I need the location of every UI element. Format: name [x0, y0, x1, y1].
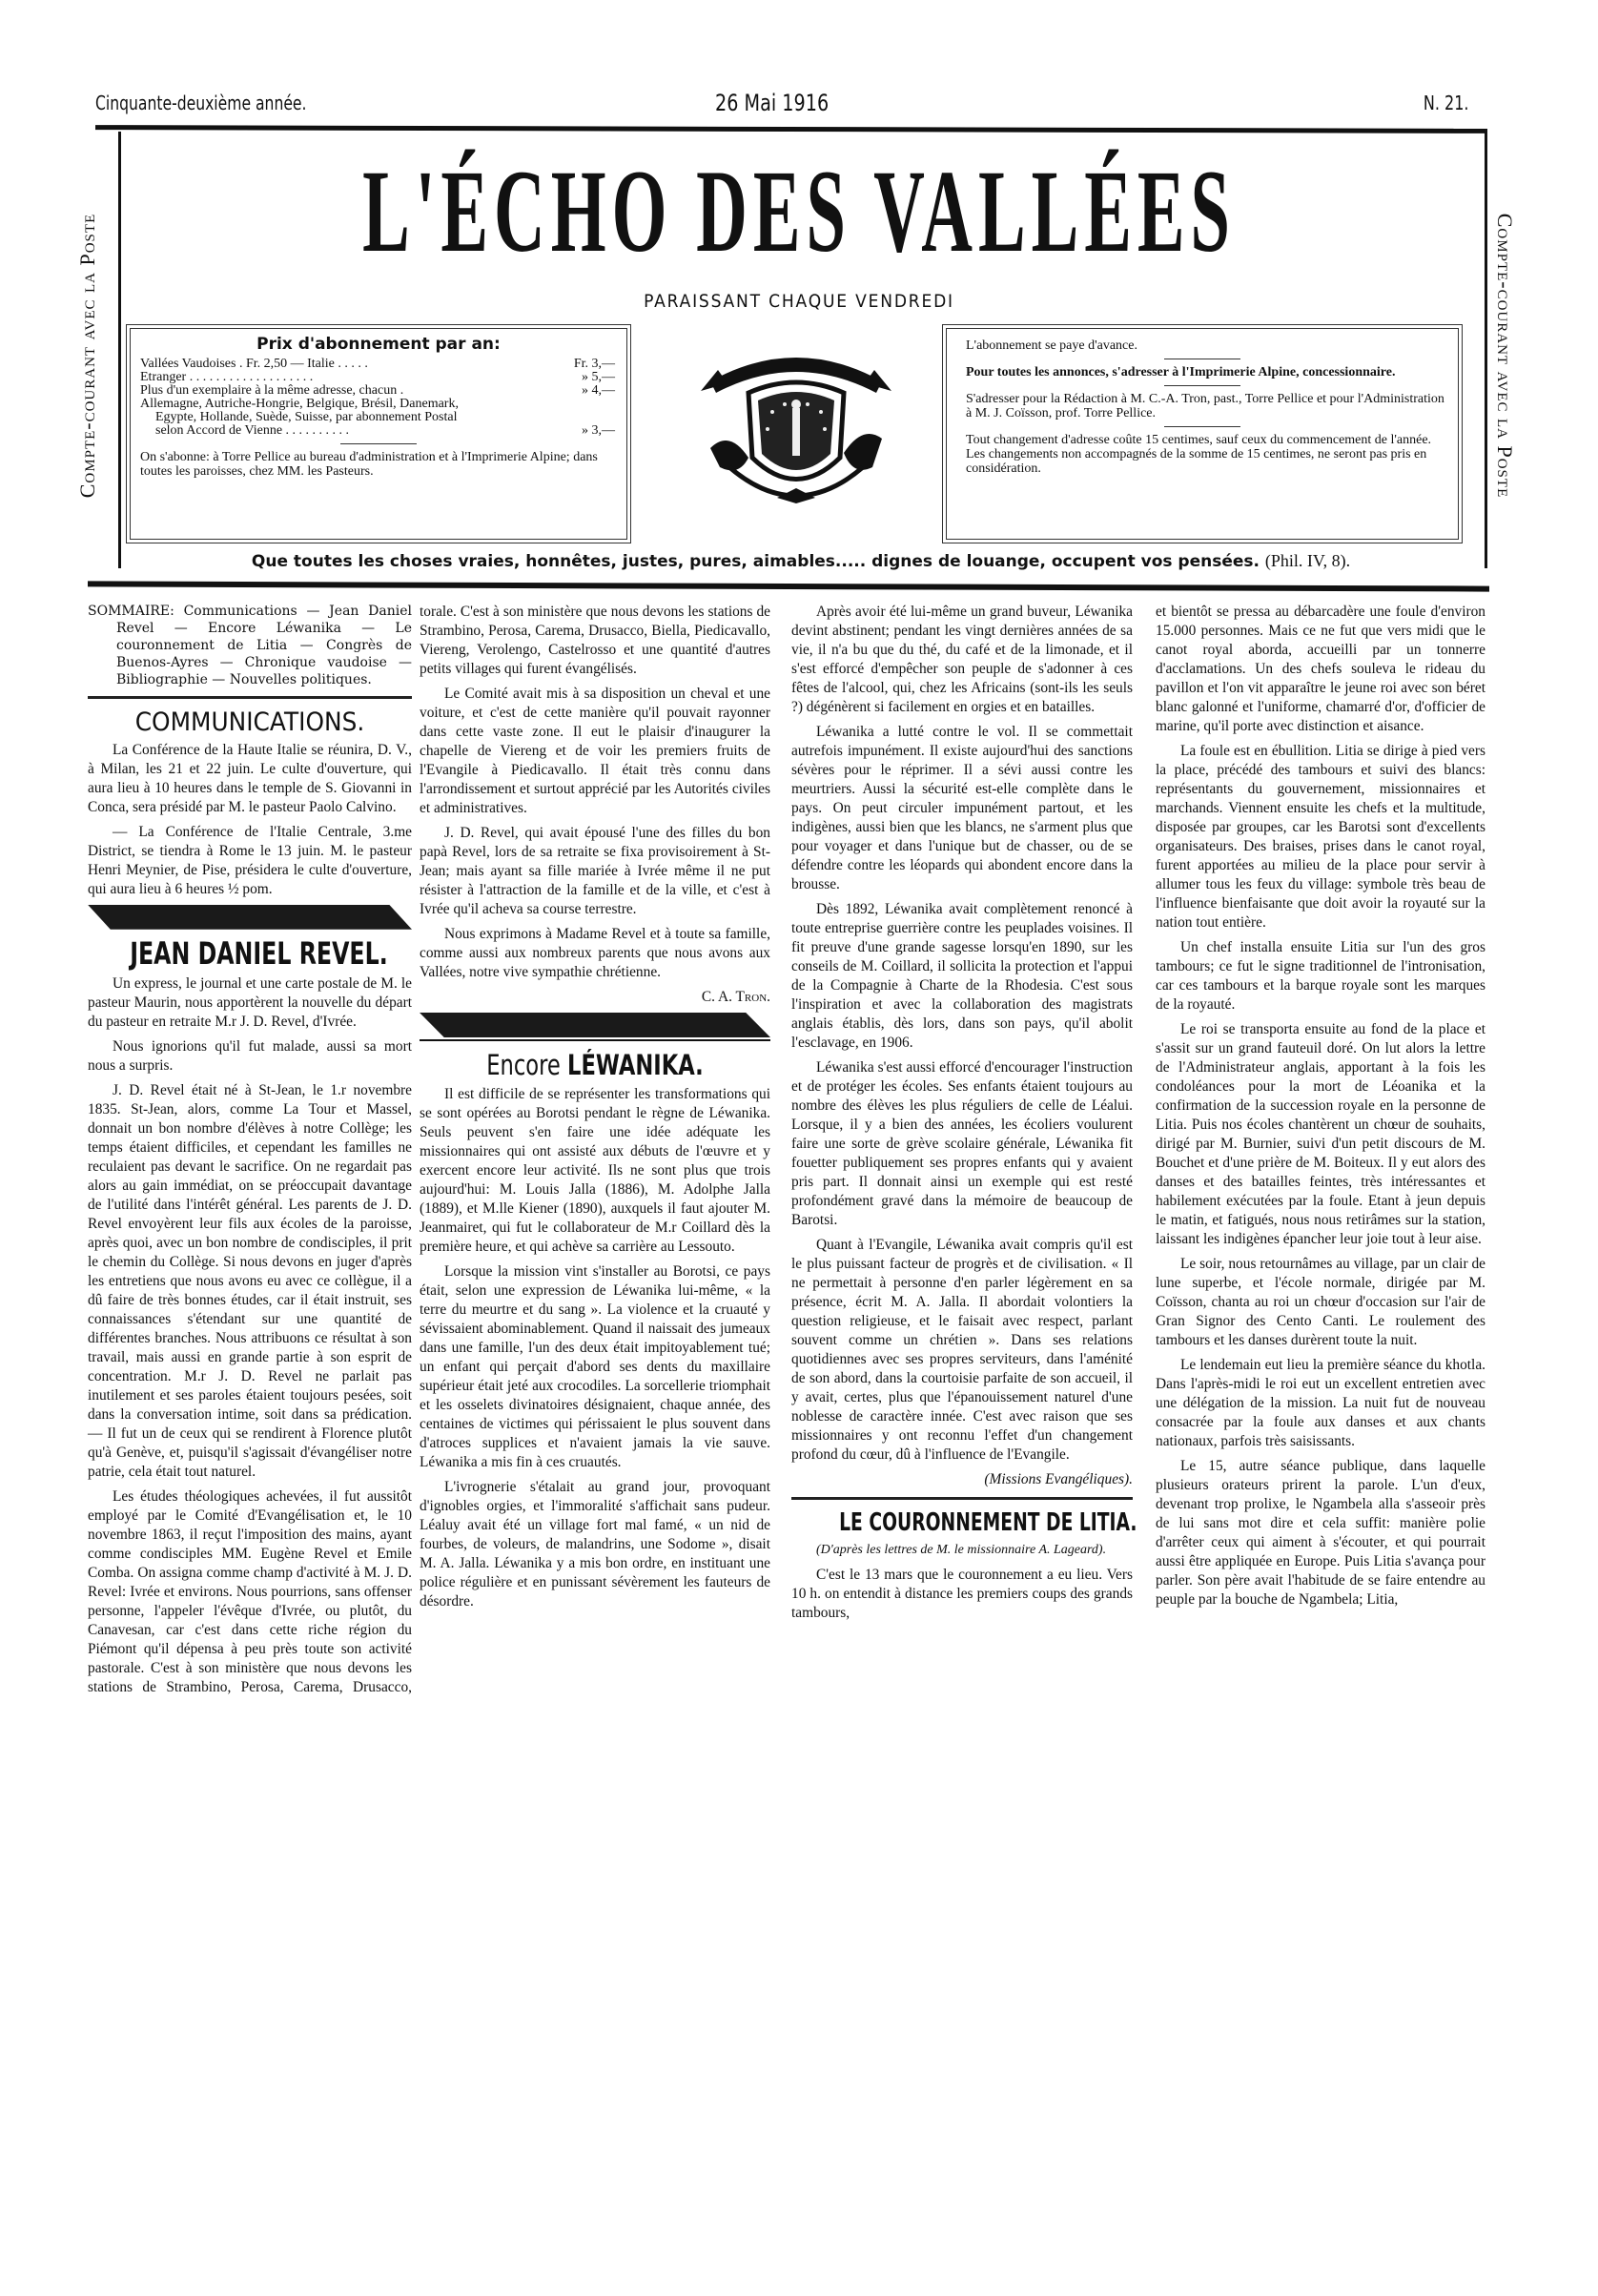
price-amount: » 3,—: [582, 424, 615, 438]
headline-lewanika: Encore LÉWANIKA.: [458, 1051, 731, 1081]
divider: [1164, 359, 1240, 359]
price-amount: Fr. 3,—: [574, 358, 615, 371]
article-paragraph: Dès 1892, Léwanika avait complètement re…: [791, 900, 1133, 1053]
price-row: Plus d'un exemplaire à la même adresse, …: [127, 384, 630, 398]
article-source: (Missions Evangéliques).: [791, 1470, 1133, 1489]
price-label: Etranger . . . . . . . . . . . . . . . .…: [140, 370, 313, 384]
divider: [791, 1497, 1133, 1500]
dateline: Cinquante-deuxième année. 26 Mai 1916 N.…: [95, 88, 1487, 122]
price-label: Vallées Vaudoises . Fr. 2,50 — Italie . …: [140, 357, 368, 371]
article-paragraph: Le 15, autre séance publique, dans laque…: [1156, 1457, 1485, 1609]
article-paragraph: La foule est en ébullition. Litia se dir…: [1156, 742, 1485, 933]
article-paragraph: torale. C'est à son ministère que nous d…: [420, 603, 770, 679]
masthead-bottom-rule: [88, 581, 1489, 591]
divider: [1164, 426, 1240, 427]
newspaper-title: L'ÉCHO DES VALLÉES: [319, 153, 1279, 271]
price-amount: » 5,—: [582, 371, 615, 384]
article-paragraph: Il est difficile de se représenter les t…: [420, 1085, 770, 1257]
article-paragraph: Le roi se transporta ensuite au fond de …: [1156, 1020, 1485, 1249]
article-signature: C. A. Tron.: [420, 988, 770, 1007]
notice-contact: S'adresser pour la Rédaction à M. C.-A. …: [943, 392, 1462, 420]
notices-box: L'abonnement se paye d'avance. Pour tout…: [942, 324, 1463, 543]
article-paragraph: Quant à l'Evangile, Léwanika avait compr…: [791, 1236, 1133, 1465]
side-label-right: Compte-courant avec la Poste: [1492, 214, 1517, 498]
headline-communications: COMMUNICATIONS.: [101, 708, 399, 737]
price-label: selon Accord de Vienne . . . . . . . . .…: [155, 423, 349, 438]
article-paragraph: Léwanika a lutté contre le vol. Il se co…: [791, 723, 1133, 894]
subscription-box: Prix d'abonnement par an: Vallées Vaudoi…: [126, 324, 631, 543]
price-row: Vallées Vaudoises . Fr. 2,50 — Italie . …: [127, 358, 630, 371]
headline-revel: JEAN DANIEL REVEL.: [130, 937, 370, 971]
price-label: Allemagne, Autriche-Hongrie, Belgique, B…: [140, 397, 459, 411]
column-1: SOMMAIRE: Communications — Jean Daniel R…: [88, 603, 412, 1705]
column-2: torale. C'est à son ministère que nous d…: [420, 603, 770, 1617]
article-paragraph: C'est le 13 mars que le couronnement a e…: [791, 1566, 1133, 1623]
notice-advance: L'abonnement se paye d'avance.: [943, 338, 1462, 353]
article-paragraph: Le Comité avait mis à sa disposition un …: [420, 685, 770, 818]
article-paragraph: Lorsque la mission vint s'installer au B…: [420, 1262, 770, 1472]
section-banner: [420, 1013, 770, 1037]
article-paragraph: Un express, le journal et une carte post…: [88, 974, 412, 1032]
side-label-left: Compte-courant avec la Poste: [75, 214, 100, 498]
column-4: et bientôt se pressa au débarcadère une …: [1156, 603, 1485, 1615]
article-paragraph: L'ivrognerie s'étalait au grand jour, pr…: [420, 1478, 770, 1611]
price-row: Egypte, Hollande, Suède, Suisse, par abo…: [127, 411, 630, 424]
price-row: Etranger . . . . . . . . . . . . . . . .…: [127, 371, 630, 384]
article-paragraph: Le lendemain eut lieu la première séance…: [1156, 1356, 1485, 1451]
price-label: Plus d'un exemplaire à la même adresse, …: [140, 383, 403, 398]
year-label: Cinquante-deuxième année.: [95, 92, 306, 114]
article-paragraph: Les études théologiques achevées, il fut…: [88, 1487, 412, 1699]
article-paragraph: Nous exprimons à Madame Revel et à toute…: [420, 925, 770, 982]
motto-text: Que toutes les choses vraies, honnêtes, …: [252, 552, 1260, 571]
article-paragraph: Un chef installa ensuite Litia sur l'un …: [1156, 938, 1485, 1015]
notice-address-change-2: Les changements non accompagnés de la so…: [943, 447, 1462, 476]
article-paragraph: — La Conférence de l'Italie Centrale, 3.…: [88, 823, 412, 899]
waldensian-crest-icon: [672, 334, 920, 524]
subscription-where: On s'abonne: à Torre Pellice au bureau d…: [127, 450, 630, 479]
newspaper-subtitle: PARAISSANT CHAQUE VENDREDI: [80, 291, 1518, 312]
price-label: Egypte, Hollande, Suède, Suisse, par abo…: [155, 410, 458, 424]
headline-part: Encore: [486, 1049, 561, 1081]
price-amount: » 4,—: [582, 384, 615, 398]
divider: [88, 696, 412, 699]
notice-address-change: Tout changement d'adresse coûte 15 centi…: [943, 433, 1462, 447]
headline-litia: LE COURONNEMENT DE LITIA.: [839, 1509, 1085, 1537]
price-row: selon Accord de Vienne . . . . . . . . .…: [127, 424, 630, 438]
motto-reference: (Phil. IV, 8).: [1265, 551, 1350, 570]
article-paragraph: Léwanika s'est aussi efforcé d'encourage…: [791, 1058, 1133, 1230]
divider: [1164, 385, 1240, 386]
article-paragraph: Le soir, nous retournâmes au village, pa…: [1156, 1255, 1485, 1350]
article-byline: (D'après les lettres de M. le missionnai…: [791, 1541, 1133, 1560]
column-3: Après avoir été lui-même un grand buveur…: [791, 603, 1133, 1629]
divider: [340, 443, 417, 444]
notice-ads: Pour toutes les annonces, s'adresser à l…: [943, 365, 1462, 379]
article-paragraph: J. D. Revel, qui avait épousé l'une des …: [420, 824, 770, 919]
price-row: Allemagne, Autriche-Hongrie, Belgique, B…: [127, 398, 630, 411]
headline-part: LÉWANIKA.: [567, 1049, 704, 1081]
article-paragraph: J. D. Revel était né à St-Jean, le 1.r n…: [88, 1081, 412, 1482]
article-paragraph: La Conférence de la Haute Italie se réun…: [88, 741, 412, 817]
subscription-heading: Prix d'abonnement par an:: [127, 335, 630, 354]
table-of-contents: SOMMAIRE: Communications — Jean Daniel R…: [88, 603, 412, 688]
article-paragraph: Nous ignorions qu'il fut malade, aussi s…: [88, 1037, 412, 1076]
article-paragraph: Après avoir été lui-même un grand buveur…: [791, 603, 1133, 717]
issue-number: N. 21.: [1423, 92, 1468, 114]
section-banner: [88, 905, 412, 930]
issue-date: 26 Mai 1916: [715, 90, 829, 116]
motto: Que toutes les choses vraies, honnêtes, …: [133, 551, 1468, 571]
article-paragraph: et bientôt se pressa au débarcadère une …: [1156, 603, 1485, 736]
divider: [420, 1039, 770, 1041]
